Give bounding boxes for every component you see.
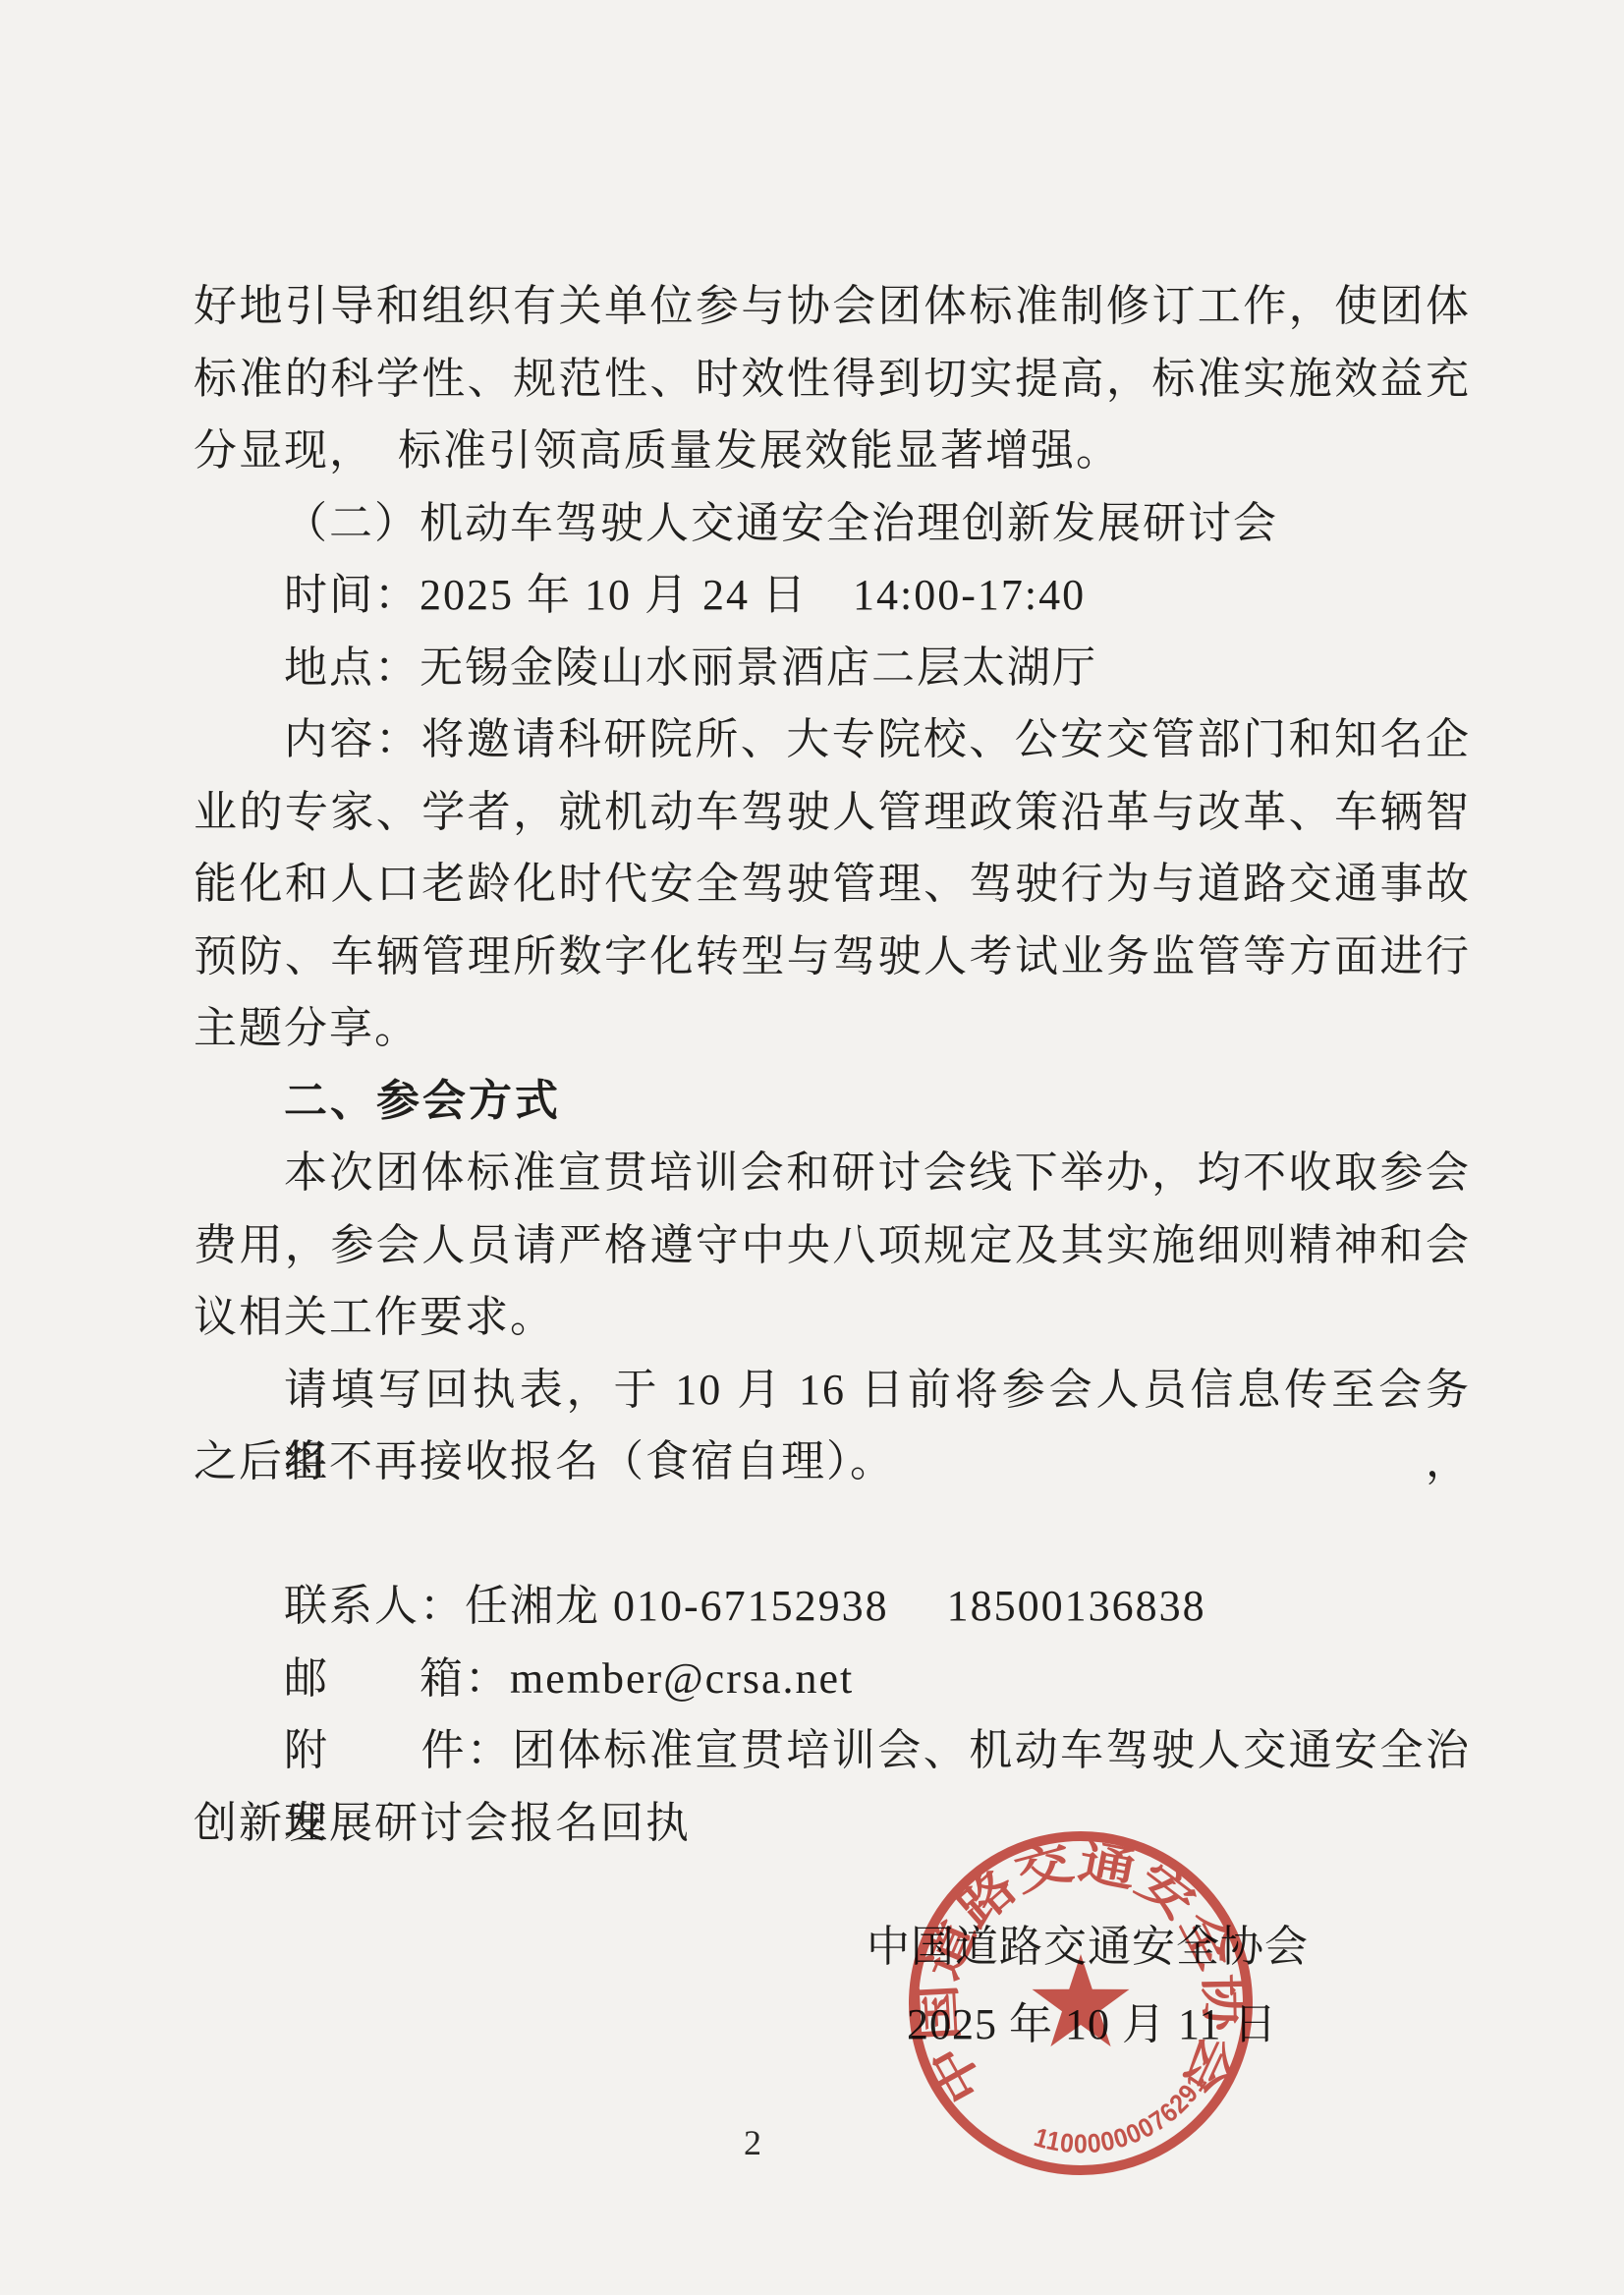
svg-text:11000000076291: 11000000076291 (1031, 2068, 1212, 2158)
text-line: 附 件：团体标准宣贯培训会、机动车驾驶人交通安全治理 (194, 1714, 1471, 1787)
text-line: 主题分享。 (194, 992, 1471, 1065)
text-line: 业的专家、学者，就机动车驾驶人管理政策沿革与改革、车辆智 (194, 776, 1471, 849)
official-seal: 中国道路交通安全协会 11000000076291 (904, 1825, 1258, 2179)
text-line: 议相关工作要求。 (194, 1281, 1471, 1354)
document-body: 好地引导和组织有关单位参与协会团体标准制修订工作，使团体标准的科学性、规范性、时… (194, 270, 1471, 1859)
text-line: 标准的科学性、规范性、时效性得到切实提高，标准实施效益充 (194, 343, 1471, 416)
text-line: 请填写回执表，于 10 月 16 日前将参会人员信息传至会务组， (194, 1354, 1471, 1427)
text-line: 能化和人口老龄化时代安全驾驶管理、驾驶行为与道路交通事故 (194, 848, 1471, 921)
blank-line (194, 1498, 1471, 1571)
page-number: 2 (729, 2122, 776, 2163)
text-line: 好地引导和组织有关单位参与协会团体标准制修订工作，使团体 (194, 270, 1471, 343)
text-line: 分显现， 标准引领高质量发展效能显著增强。 (194, 415, 1471, 487)
text-line: 费用，参会人员请严格遵守中央八项规定及其实施细则精神和会 (194, 1209, 1471, 1282)
text-line: 时间：2025 年 10 月 24 日 14:00-17:40 (194, 559, 1471, 632)
text-line: 地点：无锡金陵山水丽景酒店二层太湖厅 (194, 632, 1471, 704)
text-line: 联系人：任湘龙 010-67152938 18500136838 (194, 1570, 1471, 1643)
document-page: 好地引导和组织有关单位参与协会团体标准制修订工作，使团体标准的科学性、规范性、时… (0, 0, 1624, 2295)
text-line: （二）机动车驾驶人交通安全治理创新发展研讨会 (194, 487, 1471, 560)
text-line: 预防、车辆管理所数字化转型与驾驶人考试业务监管等方面进行 (194, 921, 1471, 993)
seal-star-icon (1033, 1954, 1130, 2046)
text-line: 内容：将邀请科研院所、大专院校、公安交管部门和知名企 (194, 703, 1471, 776)
text-line: 本次团体标准宣贯培训会和研讨会线下举办，均不收取参会 (194, 1137, 1471, 1209)
official-seal-graphic: 中国道路交通安全协会 11000000076291 (904, 1825, 1258, 2179)
text-line: 二、参会方式 (194, 1065, 1471, 1138)
seal-serial-number: 11000000076291 (1031, 2068, 1212, 2158)
text-line: 创新发展研讨会报名回执 (194, 1787, 1471, 1860)
text-line: 邮 箱：member@crsa.net (194, 1643, 1471, 1715)
